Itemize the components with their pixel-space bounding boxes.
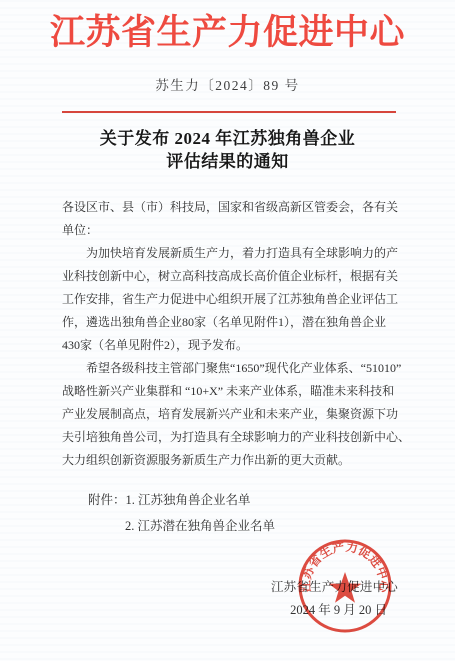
body-line: 单位：	[62, 219, 404, 242]
body-line: 夫引培独角兽公司，为打造具有全球影响力的产业科技创新中心、	[62, 426, 404, 449]
notice-title: 关于发布 2024 年江苏独角兽企业 评估结果的通知	[0, 127, 455, 173]
attachment-line-2: 2. 江苏潜在独角兽企业名单	[88, 513, 275, 539]
body-line: 业科技创新中心，树立高科技高成长高价值企业标杆，根据有关	[62, 265, 404, 288]
attachment-item-2: 2. 江苏潜在独角兽企业名单	[125, 519, 275, 533]
attachments-label: 附件：	[88, 493, 126, 507]
body-line: 430家（名单见附件2），现予发布。	[62, 334, 404, 357]
notice-title-line-2: 评估结果的通知	[0, 150, 455, 173]
seal-star-icon	[329, 572, 361, 603]
body-line: 产业发展制高点，培育发展新兴产业和未来产业，集聚资源下功	[62, 403, 404, 426]
attachment-line-1: 附件：1. 江苏独角兽企业名单	[88, 487, 275, 513]
notice-title-line-1: 关于发布 2024 年江苏独角兽企业	[0, 127, 455, 150]
body-line: 各设区市、县（市）科技局，国家和省级高新区管委会，各有关	[62, 196, 404, 219]
red-divider-rule	[62, 111, 396, 113]
attachment-item-1: 1. 江苏独角兽企业名单	[126, 493, 251, 507]
issuing-org-header: 江苏省生产力促进中心	[0, 12, 455, 53]
body-line: 大力组织创新资源服务新质生产力作出新的更大贡献。	[62, 449, 404, 472]
official-red-seal: 江苏省生产力促进中心	[296, 537, 394, 635]
body-line: 作，遴选出独角兽企业80家（名单见附件1），潜在独角兽企业	[62, 311, 404, 334]
document-number: 苏生力〔2024〕89 号	[0, 74, 455, 94]
scanned-official-notice-page: 江苏省生产力促进中心 苏生力〔2024〕89 号 关于发布 2024 年江苏独角…	[0, 0, 455, 661]
body-line: 战略性新兴产业集群和 “10+X” 未来产业体系，瞄准未来科技和	[62, 380, 404, 403]
notice-body: 各设区市、县（市）科技局，国家和省级高新区管委会，各有关 单位： 为加快培育发展…	[62, 196, 404, 472]
body-line: 希望各级科技主管部门聚焦“1650”现代化产业体系、“51010”	[62, 357, 404, 380]
body-line: 工作安排，省生产力促进中心组织开展了江苏独角兽企业评估工	[62, 288, 404, 311]
attachments-list: 附件：1. 江苏独角兽企业名单 2. 江苏潜在独角兽企业名单	[88, 487, 275, 539]
body-line: 为加快培育发展新质生产力，着力打造具有全球影响力的产	[62, 242, 404, 265]
